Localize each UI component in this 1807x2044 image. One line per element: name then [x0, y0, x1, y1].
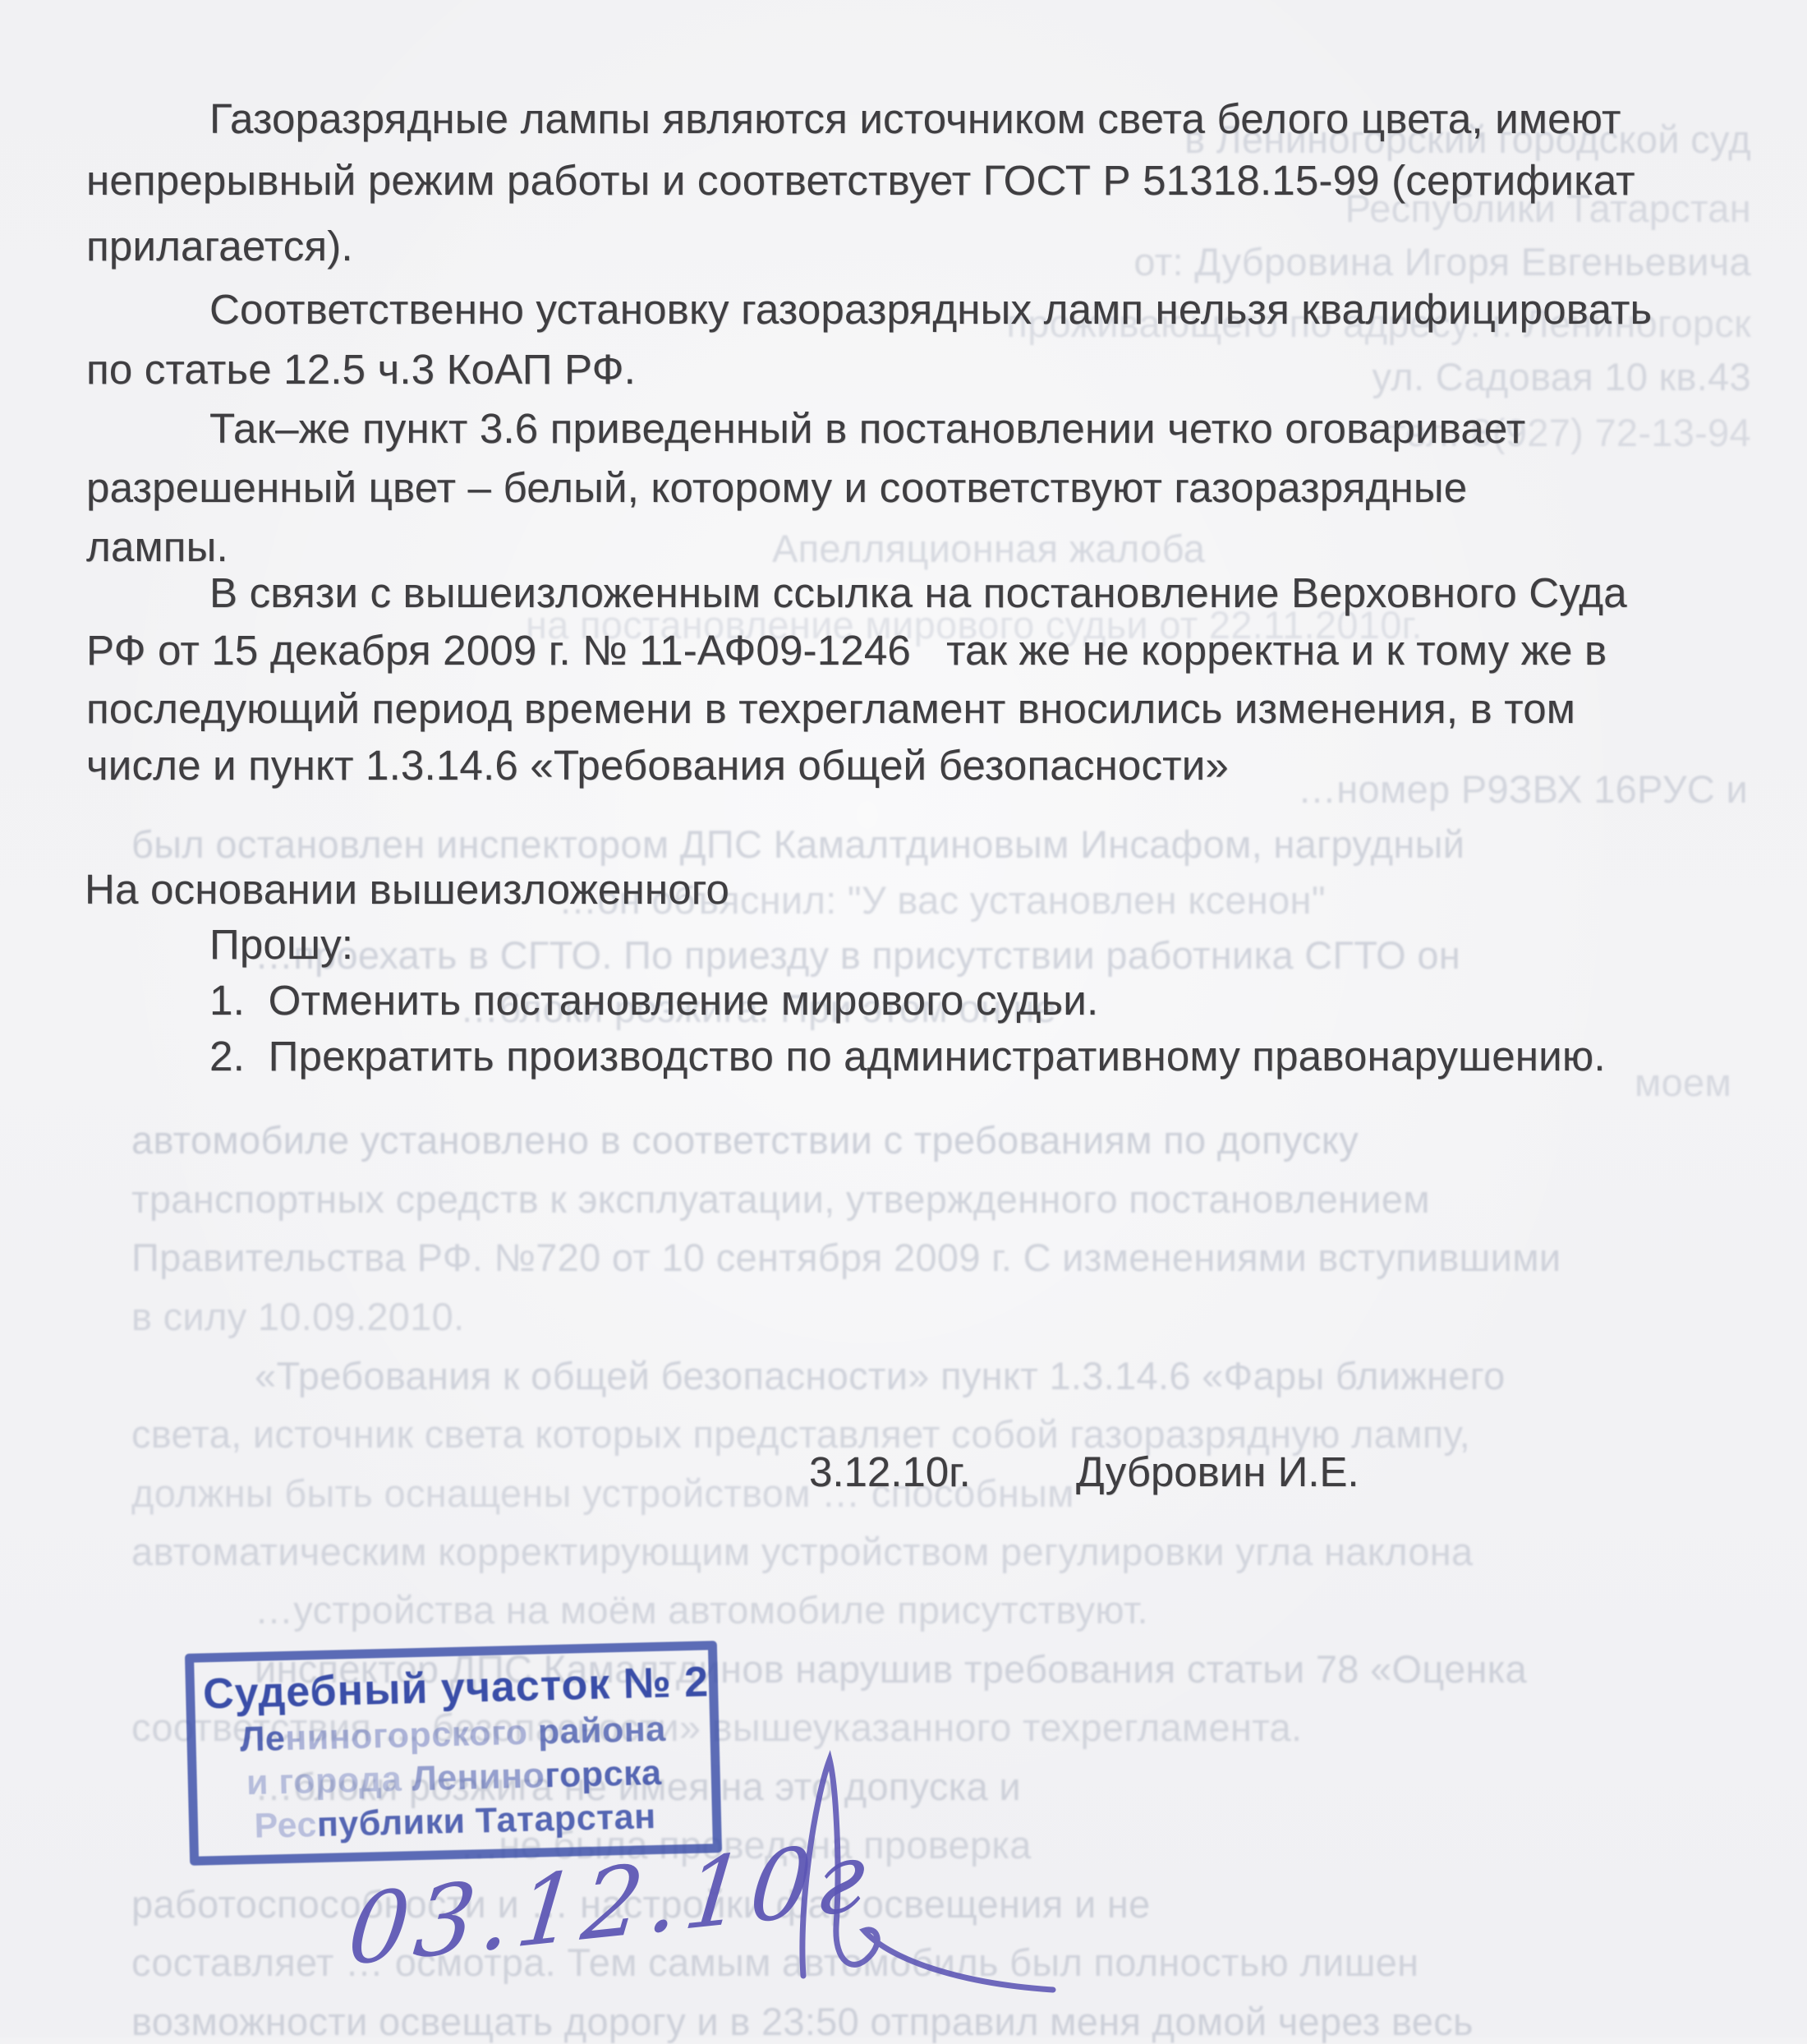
text-line: Соответственно установку газоразрядных л…: [209, 285, 1652, 334]
text-line: лампы.: [86, 523, 228, 571]
text-line: На основании вышеизложенного: [85, 865, 729, 914]
stamp-lines: Лениногорского районаи города Лениногорс…: [204, 1706, 705, 1849]
text-line: числе и пункт 1.3.14.6 «Требования общей…: [86, 741, 1229, 790]
text-line: Газоразрядные лампы являются источником …: [209, 94, 1621, 143]
signature-stroke: [723, 1742, 1084, 2037]
text-line: по статье 12.5 ч.3 КоАП РФ.: [86, 345, 636, 394]
text-line: последующий период времени в техрегламен…: [86, 684, 1575, 733]
text-line: 1. Отменить постановление мирового судьи…: [209, 976, 1098, 1024]
stamp-text-segment: ниногорского: [285, 1712, 539, 1758]
text-line: Прошу:: [209, 920, 353, 969]
text-line: непрерывный режим работы и соответствует…: [86, 156, 1635, 205]
stamp-text-segment: Ле: [240, 1719, 286, 1759]
text-line: прилагается).: [86, 222, 353, 270]
stamp-text-segment: и города: [246, 1759, 412, 1802]
stamp-text-segment: района: [537, 1709, 666, 1752]
scanned-document-page: в Лениногорский городской судРеспублики …: [0, 0, 1807, 2037]
stamp-text-segment: Ленино: [412, 1756, 545, 1798]
signature-name: Дубровин И.Е.: [1076, 1448, 1359, 1496]
text-line: Так–же пункт 3.6 приведенный в постановл…: [209, 404, 1525, 453]
stamp-text-segment: горска: [545, 1752, 662, 1794]
stamp-text-segment: публики Татарстан: [316, 1797, 656, 1844]
text-line: разрешенный цвет – белый, которому и соо…: [86, 463, 1467, 512]
signature-date: 3.12.10г.: [809, 1448, 971, 1496]
text-line: РФ от 15 декабря 2009 г. № 11-АФ09-1246 …: [86, 626, 1607, 674]
text-line: В связи с вышеизложенным ссылка на поста…: [209, 569, 1627, 617]
text-line: 2. Прекратить производство по администра…: [209, 1032, 1606, 1080]
court-stamp: Судебный участок № 2 Лениногорского райо…: [185, 1641, 722, 1866]
stamp-text-segment: Рес: [254, 1805, 318, 1846]
